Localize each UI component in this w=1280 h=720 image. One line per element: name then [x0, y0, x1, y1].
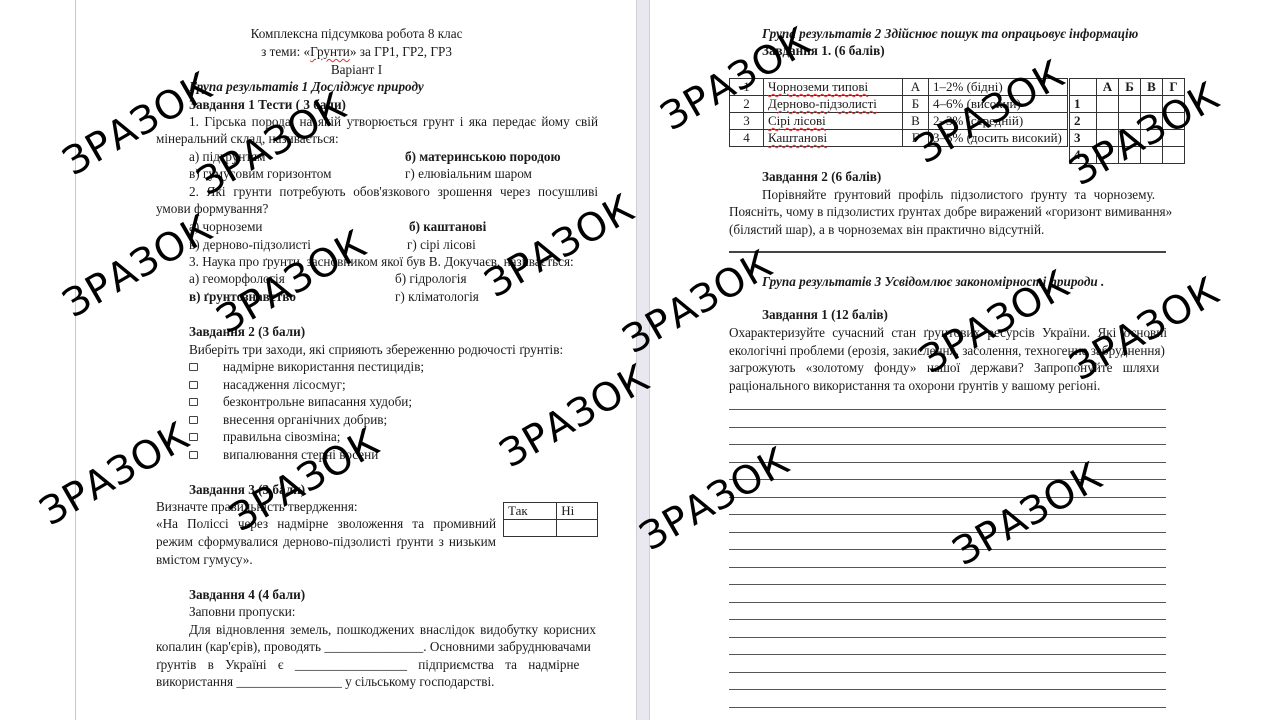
task2-heading: Завдання 2 (3 бали)	[189, 323, 305, 340]
doc-title-line1: Комплексна підсумкова робота 8 клас	[76, 25, 637, 42]
q2-text: 2. Які грунти потребують обов'язкового з…	[156, 183, 598, 217]
matching-table: 1Чорноземи типовіА1–2% (бідні)2Дерново-п…	[729, 78, 1068, 147]
match-cell-soil: Чорноземи типові	[764, 79, 903, 96]
task4-prompt: Заповни пропуски:	[189, 603, 295, 620]
grid-col-header: А	[1097, 79, 1119, 96]
answer-line[interactable]	[729, 497, 1166, 498]
task4-line4: використання ________________ у сільсько…	[156, 673, 494, 690]
doc-title-line2: з теми: «Грунти» за ГР1, ГР2, ГР3	[76, 43, 637, 60]
grid-answer-cell[interactable]	[1163, 147, 1185, 164]
q3-option-d: г) кліматологія	[395, 288, 479, 305]
grid-row-header: 2	[1070, 113, 1097, 130]
task3-heading: Завдання 3 (3 бали)	[189, 481, 305, 498]
true-header: Так	[504, 503, 557, 520]
answer-line[interactable]	[729, 514, 1166, 515]
doc-variant: Варіант І	[76, 61, 637, 78]
grid-answer-cell[interactable]	[1097, 113, 1119, 130]
match-cell-letter: А	[903, 79, 929, 96]
match-cell-letter: В	[903, 113, 929, 130]
answer-line[interactable]	[729, 462, 1166, 463]
match-cell-soil: Дерново-підзолисті	[764, 96, 903, 113]
task2-option[interactable]: безконтрольне випасання худоби;	[189, 393, 198, 410]
r-task3-line1: Охарактеризуйте сучасний стан ґрунтових …	[729, 324, 1167, 341]
match-cell-humus: 3–5% (досить високий)	[929, 130, 1068, 147]
match-cell-num: 2	[730, 96, 764, 113]
match-row: 4КаштановіГ3–5% (досить високий)	[730, 130, 1068, 147]
grid-row: 2	[1070, 113, 1185, 130]
match-cell-letter: Б	[903, 96, 929, 113]
match-row: 1Чорноземи типовіА1–2% (бідні)	[730, 79, 1068, 96]
r-task2-line3: (білястий шар), а в чорноземах він практ…	[729, 221, 1044, 238]
answer-line[interactable]	[729, 549, 1166, 550]
q1-option-a: а) підгрунтям	[189, 148, 265, 165]
match-cell-num: 4	[730, 130, 764, 147]
r-task2-answer-line[interactable]	[729, 251, 1166, 253]
answer-line[interactable]	[729, 584, 1166, 585]
q2-option-a: а) чорноземи	[189, 218, 262, 235]
q3-option-b: б) гідрологія	[395, 270, 467, 287]
task4-line1: Для відновлення земель, пошкоджених внас…	[189, 621, 596, 638]
grid-answer-cell[interactable]	[1141, 147, 1163, 164]
checkbox-icon[interactable]	[189, 433, 198, 441]
task2-option[interactable]: надмірне використання пестицидів;	[189, 358, 198, 375]
r-task2-line2: Поясніть, чому в підзолистих ґрунтах доб…	[729, 203, 1172, 220]
answer-line[interactable]	[729, 427, 1166, 428]
answer-line[interactable]	[729, 619, 1166, 620]
false-answer-cell[interactable]	[557, 520, 598, 537]
grid-answer-cell[interactable]	[1119, 96, 1141, 113]
group1-title: Група результатів 1 Досліджує природу	[189, 78, 424, 95]
true-false-table: ТакНі	[503, 502, 598, 537]
answer-line[interactable]	[729, 654, 1166, 655]
q1-option-d: г) елювіальним шаром	[405, 165, 532, 182]
answer-line[interactable]	[729, 479, 1166, 480]
r-task3-line3: загрожують «золотому фонду» нашої держав…	[729, 359, 1159, 376]
answer-line[interactable]	[729, 444, 1166, 445]
match-row: 2Дерново-підзолистіБ4–6% (високий)	[730, 96, 1068, 113]
grid-row-header: 3	[1070, 130, 1097, 147]
q3-option-a: а) геоморфологія	[189, 270, 285, 287]
task2-option[interactable]: випалювання стерні восени	[189, 446, 198, 463]
task3-prompt: Визначте правильність твердження:	[156, 498, 358, 515]
r-task1-heading: Завдання 1. (6 балів)	[762, 42, 885, 59]
answer-line[interactable]	[729, 409, 1166, 410]
match-cell-humus: 2–3% (середній)	[929, 113, 1068, 130]
grid-col-header: Г	[1163, 79, 1185, 96]
match-cell-soil: Каштанові	[764, 130, 903, 147]
r-task3-line4: раціонального використання та охорони ґр…	[729, 377, 1100, 394]
grid-col-header: Б	[1119, 79, 1141, 96]
grid-row: 1	[1070, 96, 1185, 113]
answer-line[interactable]	[729, 689, 1166, 690]
task4-line2: копалин (кар'єрів), проводять __________…	[156, 638, 591, 655]
r-task3-heading: Завдання 1 (12 балів)	[762, 306, 888, 323]
q1-option-b: б) материнською породою	[405, 148, 561, 165]
grid-header-row: АБВГ	[1070, 79, 1185, 96]
grid-answer-cell[interactable]	[1097, 147, 1119, 164]
q1-option-c: в) гумусовим горизонтом	[189, 165, 331, 182]
grid-row: 4	[1070, 147, 1185, 164]
grid-answer-cell[interactable]	[1163, 130, 1185, 147]
match-cell-num: 3	[730, 113, 764, 130]
grid-col-header: В	[1141, 79, 1163, 96]
task2-option[interactable]: внесення органічних добрив;	[189, 411, 198, 428]
checkbox-icon[interactable]	[189, 451, 198, 459]
answer-line[interactable]	[729, 532, 1166, 533]
grid-answer-cell[interactable]	[1119, 113, 1141, 130]
page-left: Комплексна підсумкова робота 8 клас з те…	[75, 0, 637, 720]
grid-row: 3	[1070, 130, 1185, 147]
answer-line[interactable]	[729, 567, 1166, 568]
q2-option-b: б) каштанові	[409, 218, 486, 235]
match-cell-humus: 4–6% (високий)	[929, 96, 1068, 113]
match-row: 3Сірі лісовіВ2–3% (середній)	[730, 113, 1068, 130]
grid-row-header: 4	[1070, 147, 1097, 164]
group3-title: Група результатів 3 Усвідомлює закономір…	[762, 273, 1104, 290]
grid-answer-cell[interactable]	[1097, 96, 1119, 113]
answer-line[interactable]	[729, 637, 1166, 638]
answer-line[interactable]	[729, 707, 1166, 708]
grid-row-header: 1	[1070, 96, 1097, 113]
true-answer-cell[interactable]	[504, 520, 557, 537]
task4-line3: ґрунтів в Україні є _________________ пі…	[156, 656, 579, 673]
q3-text: 3. Наука про ґрунти, засновником якої бу…	[189, 253, 574, 270]
answer-line[interactable]	[729, 672, 1166, 673]
group2-title: Група результатів 2 Здійснює пошук та оп…	[762, 25, 1138, 42]
task3-statement: «На Поліссі через надмірне зволоження та…	[156, 515, 496, 569]
grid-answer-cell[interactable]	[1163, 96, 1185, 113]
task2-option[interactable]: правильна сівозміна;	[189, 428, 198, 445]
grid-corner	[1070, 79, 1097, 96]
match-cell-humus: 1–2% (бідні)	[929, 79, 1068, 96]
grid-answer-cell[interactable]	[1141, 96, 1163, 113]
match-cell-letter: Г	[903, 130, 929, 147]
task2-prompt: Виберіть три заходи, які сприяють збереж…	[189, 341, 563, 358]
page-right: Група результатів 2 Здійснює пошук та оп…	[650, 0, 1280, 720]
grid-answer-cell[interactable]	[1097, 130, 1119, 147]
grid-answer-cell[interactable]	[1141, 130, 1163, 147]
task2-option[interactable]: насадження лісосмуг;	[189, 376, 198, 393]
task4-heading: Завдання 4 (4 бали)	[189, 586, 305, 603]
answer-grid: АБВГ1234	[1069, 78, 1185, 164]
checkbox-icon[interactable]	[189, 363, 198, 371]
r-task2-heading: Завдання 2 (6 балів)	[762, 168, 881, 185]
answer-line[interactable]	[729, 602, 1166, 603]
false-header: Ні	[557, 503, 598, 520]
q2-option-c: в) дерново-підзолисті	[189, 236, 311, 253]
grid-answer-cell[interactable]	[1119, 147, 1141, 164]
page-gutter	[636, 0, 650, 720]
grid-answer-cell[interactable]	[1119, 130, 1141, 147]
checkbox-icon[interactable]	[189, 416, 198, 424]
match-cell-num: 1	[730, 79, 764, 96]
r-task3-line2: екологічні проблеми (ерозія, закислення,…	[729, 342, 1165, 359]
q3-option-c: в) ґрунтознавство	[189, 288, 296, 305]
q2-option-d: г) сірі лісові	[407, 236, 476, 253]
task1-heading: Завдання 1 Тести ( 3 бали)	[189, 96, 346, 113]
checkbox-icon[interactable]	[189, 398, 198, 406]
checkbox-icon[interactable]	[189, 381, 198, 389]
r-task2-line1: Порівняйте ґрунтовий профіль підзолистог…	[762, 186, 1155, 203]
grid-answer-cell[interactable]	[1163, 113, 1185, 130]
q1-text: 1. Гірська порода, на якій утворюється г…	[156, 113, 598, 147]
match-cell-soil: Сірі лісові	[764, 113, 903, 130]
grid-answer-cell[interactable]	[1141, 113, 1163, 130]
